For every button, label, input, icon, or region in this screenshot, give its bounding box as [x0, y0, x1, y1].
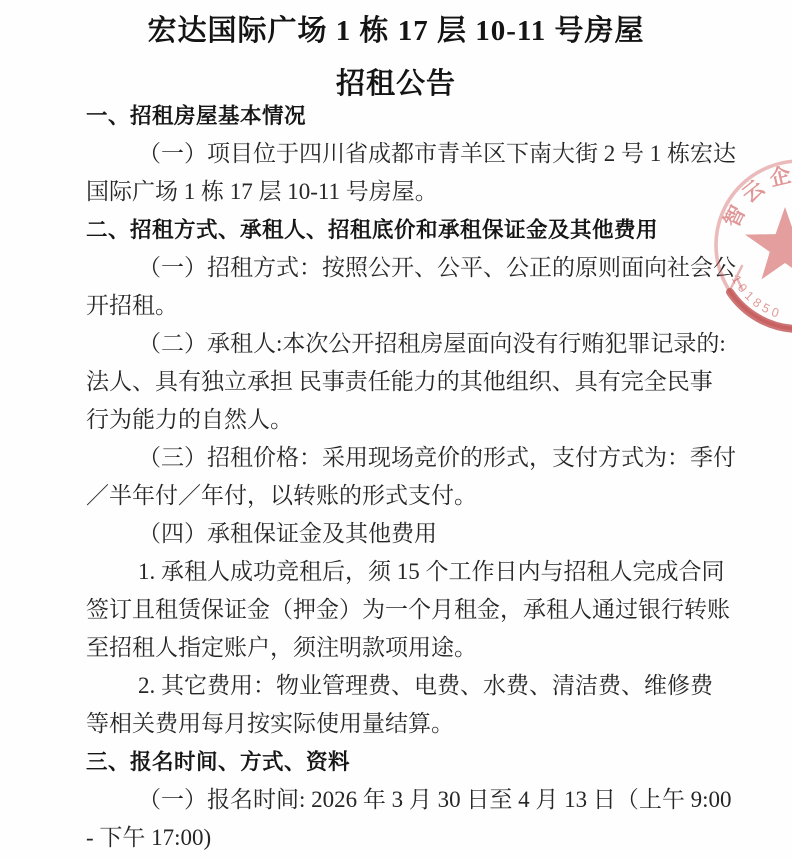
doc-line: ／半年付／年付，以转账的形式支付。 [86, 477, 726, 515]
section-heading-2: 二、招租方式、承租人、招租底价和承租保证金及其他费用 [86, 211, 726, 249]
svg-text:101850: 101850 [729, 273, 785, 322]
doc-line: 国际广场 1 栋 17 层 10-11 号房屋。 [86, 173, 726, 211]
doc-line: 2. 其它费用：物业管理费、电费、水费、清洁费、维修费 [86, 667, 726, 705]
seal-ring [716, 161, 792, 329]
document-body: 一、招租房屋基本情况 （一）项目位于四川省成都市青羊区下南大街 2 号 1 栋宏… [86, 97, 726, 857]
doc-line: 至招租人指定账户，须注明款项用途。 [86, 629, 726, 667]
doc-line: 签订且租赁保证金（押金）为一个月租金，承租人通过银行转账 [86, 591, 726, 629]
doc-line: （二）承租人:本次公开招租房屋面向没有行贿犯罪记录的: [86, 325, 726, 363]
doc-line: 等相关费用每月按实际使用量结算。 [86, 705, 726, 743]
doc-line: - 下午 17:00) [86, 819, 726, 857]
section-heading-1: 一、招租房屋基本情况 [86, 97, 726, 135]
doc-line: （一）报名时间: 2026 年 3 月 30 日至 4 月 13 日（上午 9:… [86, 781, 726, 819]
doc-line: 行为能力的自然人。 [86, 401, 726, 439]
section-heading-3: 三、报名时间、方式、资料 [86, 743, 726, 781]
doc-line: （四）承租保证金及其他费用 [86, 515, 726, 553]
doc-line: 1. 承租人成功竞租后，须 15 个工作日内与招租人完成合同 [86, 553, 726, 591]
seal-bottom-band [730, 292, 792, 329]
seal-star-icon [745, 207, 792, 279]
seal-serial-number: 101850 [729, 273, 785, 322]
document-page: 宏达国际广场 1 栋 17 层 10-11 号房屋 招租公告 一、招租房屋基本情… [0, 0, 792, 859]
doc-line: 法人、具有独立承担 民事责任能力的其他组织、具有完全民事 [86, 363, 726, 401]
doc-line: （一）项目位于四川省成都市青羊区下南大街 2 号 1 栋宏达 [86, 135, 726, 173]
doc-line: （三）招租价格：采用现场竞价的形式，支付方式为：季付 [86, 439, 726, 477]
doc-line: （一）招租方式：按照公开、公平、公正的原则面向社会公 [86, 249, 726, 287]
document-title-line1: 宏达国际广场 1 栋 17 层 10-11 号房屋 [0, 9, 792, 53]
doc-line: 开招租。 [86, 287, 726, 325]
